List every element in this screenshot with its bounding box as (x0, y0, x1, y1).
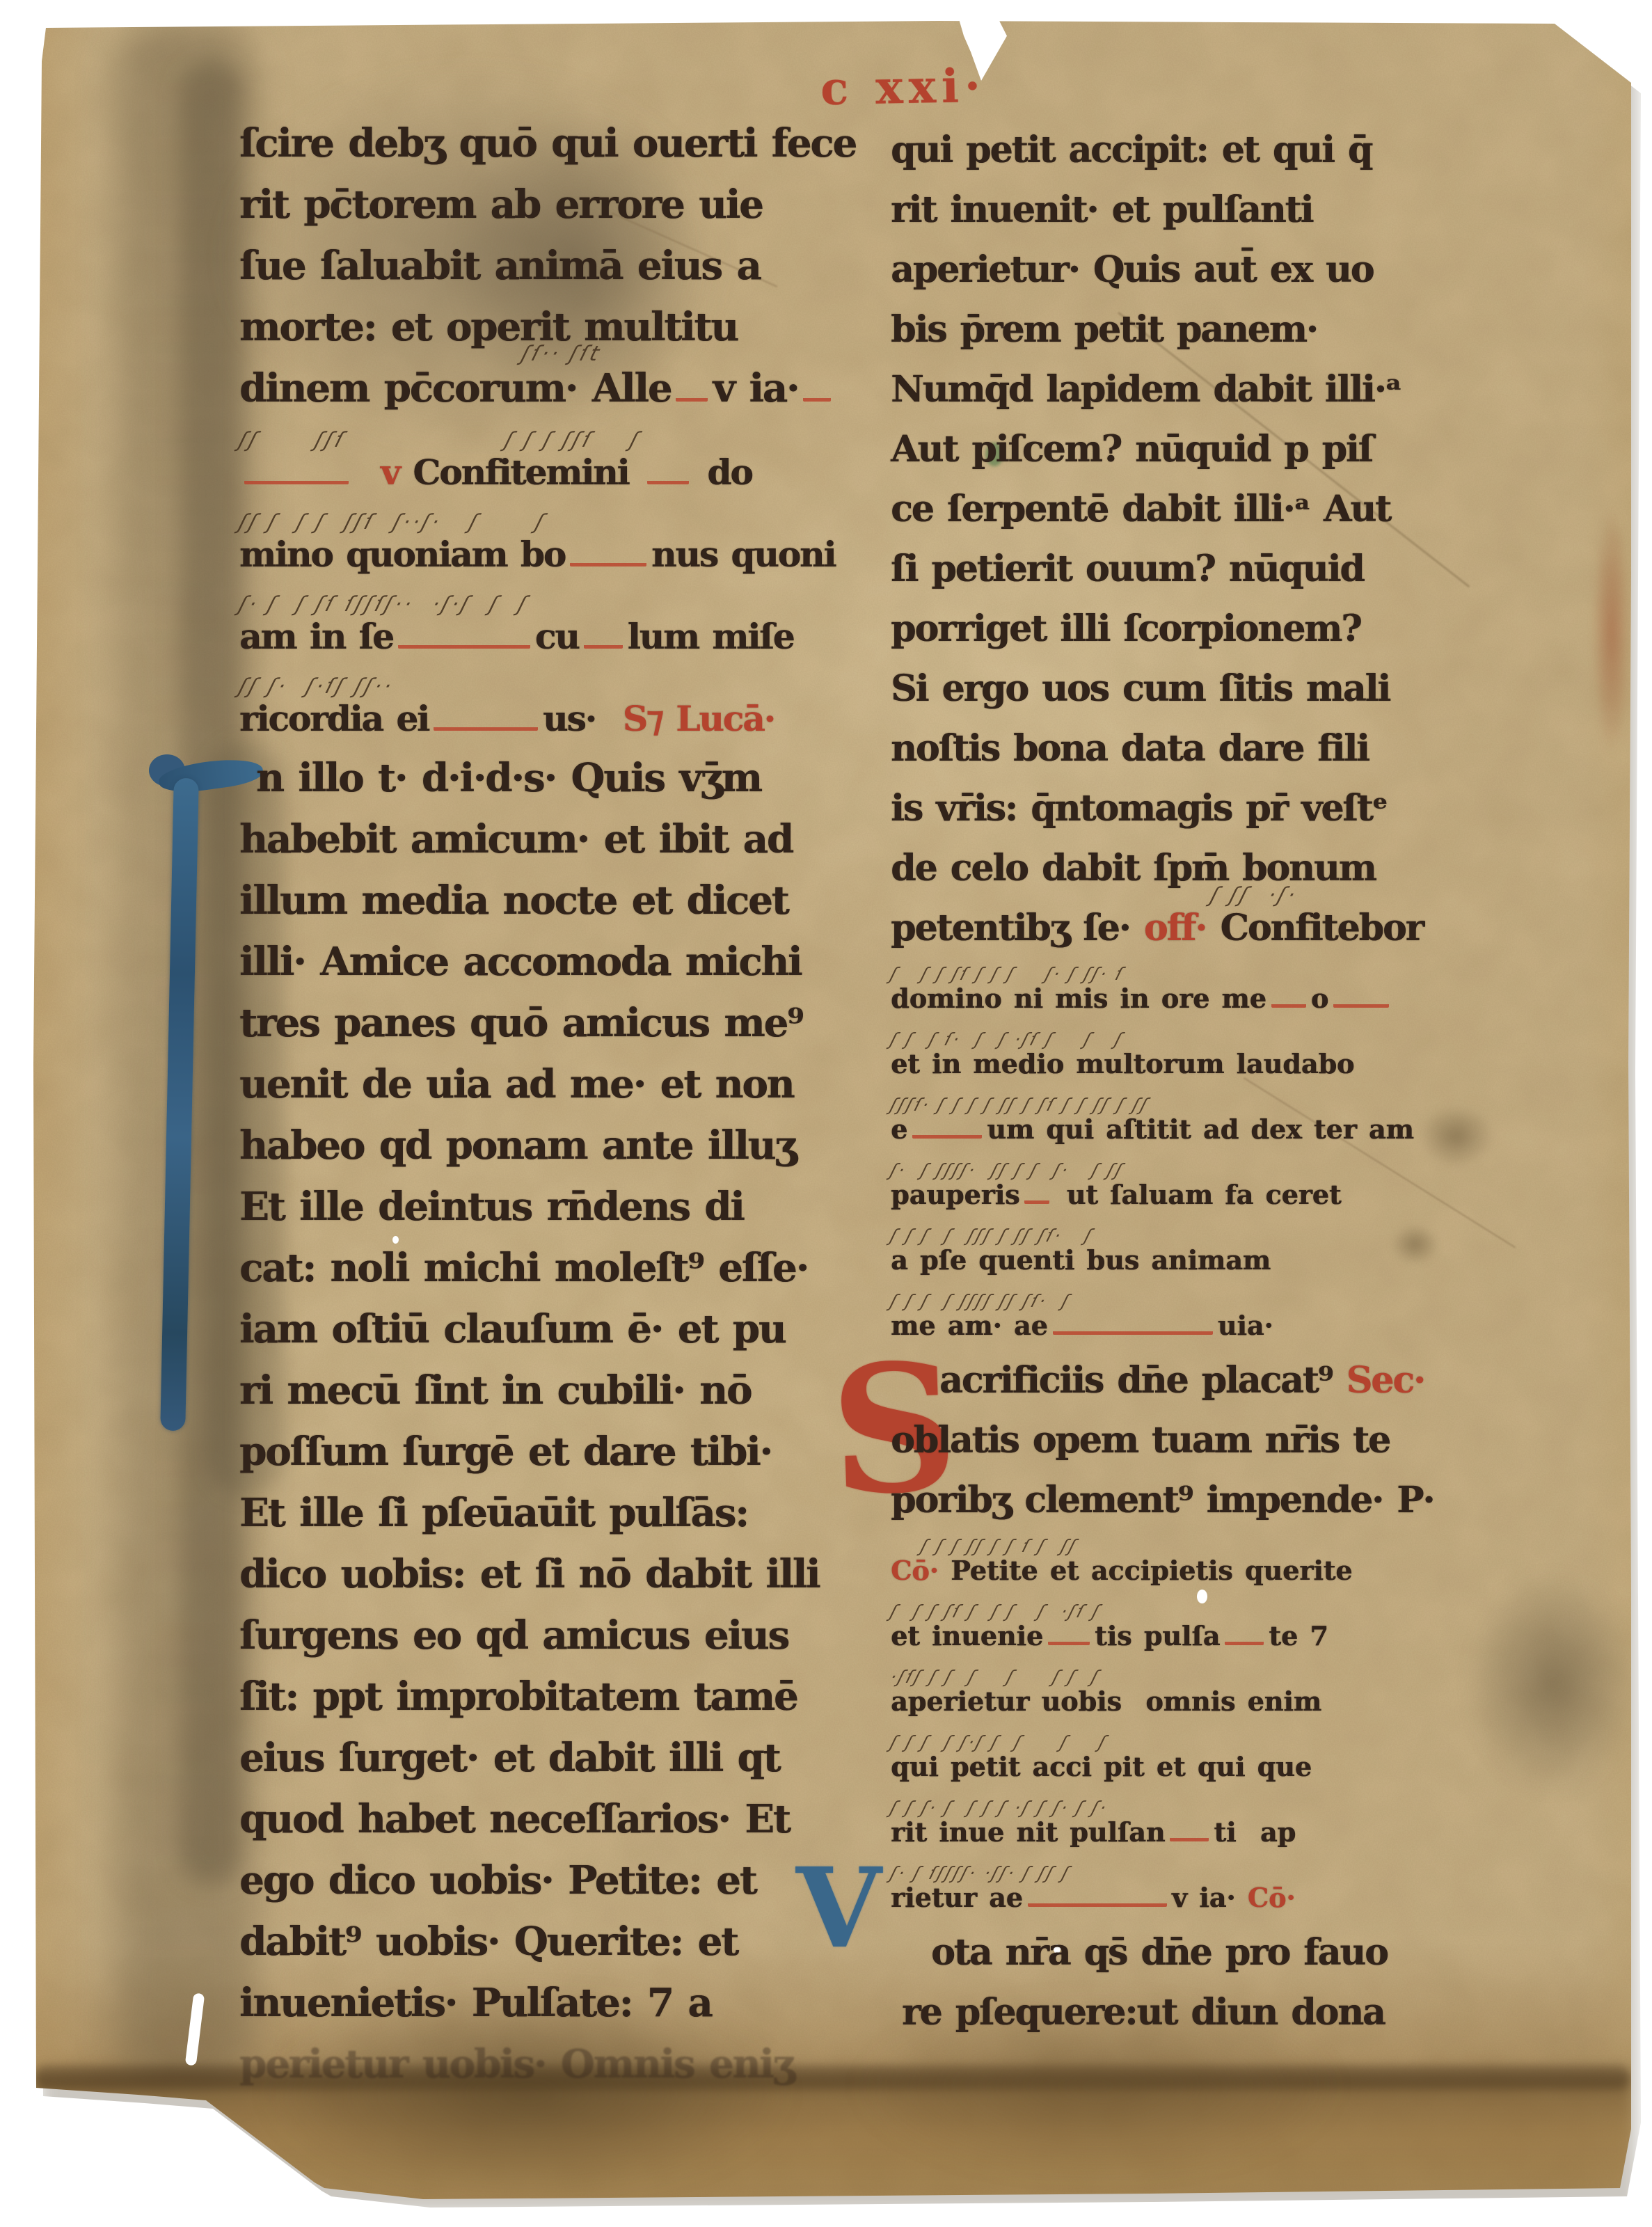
scan-background: c xxi· S V ſcire debʒ quō qui ouerti fec… (0, 0, 1652, 2227)
red-melisma-line (1024, 1186, 1049, 1204)
line-text: am in ſeculum miſe (239, 619, 866, 654)
body-text: Confitebor (1206, 907, 1423, 949)
body-text: Et ille ſi pſeūaūit pulſās: (239, 1490, 748, 1536)
body-text: Numq̄d lapidem dabit illi·ᵃ (891, 368, 1401, 411)
body-text: ota nr̄a qs̄ dn̄e pro fauo (931, 1931, 1388, 1974)
body-text: rit pc̄torem ab errore uie (239, 182, 763, 228)
line-text: pauperis ut ſaluam fa ceret (891, 1182, 1631, 1208)
text-line: inuenietis· Pulſate: 7 a (239, 1961, 866, 2022)
bottom-soil-band (33, 2076, 1631, 2205)
red-melisma-line (1028, 1889, 1167, 1907)
line-text: domino ni mis in ore meo (891, 985, 1631, 1012)
text-line: perietur uobis· Omnis eniʒ (239, 2022, 866, 2084)
body-text: nus quoni (651, 534, 835, 575)
body-text: ego dico uobis· Petite: et (239, 1857, 756, 1903)
line-text: Numq̄d lapidem dabit illi·ᵃ (891, 372, 1631, 408)
body-text: Si ergo uos cum ſitis mali (891, 667, 1390, 710)
body-text: illum media nocte et dicet (239, 878, 788, 924)
line-text: aperietur· Quis aut̄ ex uo (891, 252, 1631, 288)
neume-row: ʃʃ ʃ· ʃ·ſʃ ʃʃ·· (237, 676, 869, 697)
text-line: Et ille ſi pſeūaūit pulſās: (239, 1471, 866, 1532)
red-melisma-line (912, 1120, 982, 1139)
line-text: Cō· Petite et accipietis querite (891, 1558, 1631, 1584)
neume-row: ʃʃ ʃ ʃ ʃ ʃʃſ ʃ··ʃ· ʃ ʃ (237, 512, 869, 533)
text-line: ſit: ppt improbitatem tamē (239, 1655, 866, 1716)
body-text: is vr̄is: q̄ntomagis pr̄ veſtᵉ (891, 787, 1387, 830)
neume-row: ʃ· ʃ ſʃʃʃʃ· ·ʃʃ· ʃ ʃʃ ʃ (888, 1864, 1631, 1882)
red-melisma-line (1271, 990, 1306, 1008)
text-line: poribʒ clement⁹ impende· P· (891, 1459, 1631, 1519)
neume-row: ʃ ʃʃ ·ʃ· (888, 885, 1631, 906)
red-melisma-line (1170, 1823, 1209, 1841)
text-line: porriget illi ſcorpionem? (891, 587, 1631, 647)
body-text: Et ille deintus rn̄dens di (239, 1184, 744, 1230)
body-text: petentibʒ ſe· (891, 907, 1144, 949)
body-text: poribʒ clement⁹ impende· P· (891, 1479, 1433, 1521)
text-line: bis p̄rem petit panem· (891, 288, 1631, 348)
body-text: o (1311, 983, 1328, 1014)
initial-i-knob (149, 754, 185, 786)
body-text: et in medio multorum laudabo (891, 1048, 1354, 1079)
text-line: ʃ ʃ ʃ ʃʃ ʃ ʃ ſ ʃ ʃʃCō· Petite et accipie… (891, 1519, 1631, 1584)
text-line: ſurgens eo qd amicus eius (239, 1594, 866, 1655)
red-melisma-line (244, 462, 349, 485)
body-text: aperietur uobis omnis enim (891, 1686, 1321, 1717)
text-line: ce ſerpentē dabit illi·ᵃ Aut (891, 468, 1631, 528)
line-text: poribʒ clement⁹ impende· P· (891, 1482, 1631, 1519)
body-text: qui petit acci pit et qui que (891, 1751, 1312, 1782)
line-text: rietur aev ia· Cō· (891, 1885, 1631, 1911)
body-text: do (694, 452, 752, 493)
red-melisma-line (803, 377, 831, 402)
text-line: ota nr̄a qs̄ dn̄e pro fauo (891, 1911, 1631, 1971)
body-text: lum miſe (628, 616, 794, 657)
line-text: ſi petierit ouum? nūquid (891, 551, 1631, 587)
body-text: uia· (1218, 1310, 1273, 1341)
neume-row: ʃʃʃſ· ʃ ʃ ʃ ʃ ʃʃ ʃ ʃſ ʃ ʃ ʃʃ ʃ ʃʃ (888, 1096, 1631, 1113)
body-text: cat: noli michi moleſt⁹ eſſe· (239, 1245, 808, 1291)
red-melisma-line (584, 626, 623, 649)
body-text: ti ap (1214, 1816, 1296, 1848)
line-text: is vr̄is: q̄ntomagis pr̄ veſtᵉ (891, 791, 1631, 827)
body-text: cu (535, 616, 579, 657)
neume-row: ʃſ·· ʃſt (237, 344, 869, 365)
line-text: dico uobis: et ſi nō dabit illi (239, 1555, 866, 1594)
body-text: habebit amicum· et ibit ad (239, 816, 793, 862)
body-text: um qui aſtitit ad dex ter am (987, 1113, 1414, 1145)
line-text: eum qui aſtitit ad dex ter am (891, 1116, 1631, 1143)
text-line: quod habet neceſſarios· Et (239, 1777, 866, 1839)
line-text: oblatis opem tuam nr̄is te (891, 1422, 1631, 1459)
line-text: v Confitemini do (239, 455, 866, 490)
text-line: de celo dabit ſpm̄ bonum (891, 827, 1631, 887)
text-line: ʃ· ʃ ſʃʃʃʃ· ·ʃʃ· ʃ ʃʃ ʃrietur aev ia· Cō… (891, 1846, 1631, 1911)
body-text: poſſum ſurgē et dare tibi· (239, 1429, 772, 1475)
neume-row: ʃ ʃ ʃ ʃſ ʃ ʃ ʃ ʃ ·ʃſ ʃ (888, 1603, 1631, 1620)
body-text: inuenietis· Pulſate: 7 a (239, 1980, 712, 2026)
body-text: Alle (592, 365, 672, 411)
text-line: ʃ ʃ ʃ ſ· ʃ ʃ ·ʃſ ʃ ʃ ʃet in medio multor… (891, 1012, 1631, 1077)
body-text: ſue ſaluabit animā eius a (239, 243, 761, 289)
line-text: rit pc̄torem ab errore uie (239, 185, 866, 224)
neume-row: ʃ ʃ ʃ ʃʃ ʃ ʃ ſ ʃ ʃʃ (888, 1537, 1631, 1555)
body-text: tis pulſa (1095, 1620, 1220, 1651)
line-text: aperietur uobis omnis enim (891, 1688, 1631, 1715)
text-line: Aut piſcem? nūquid p piſ (891, 408, 1631, 468)
neume-row: ʃ· ʃ ʃʃʃʃ· ʃʃ ʃ ʃ ʃ· ʃ ʃʃ (888, 1162, 1631, 1179)
text-line: habeo qd ponam ante illuʒ (239, 1104, 866, 1165)
text-line: morte: et operit multitu (239, 285, 866, 347)
body-text: a pſe quenti bus animam (891, 1244, 1271, 1276)
text-column-left: ſcire debʒ quō qui ouerti fecerit pc̄tor… (239, 102, 866, 2084)
text-line: ʃ ʃ ʃ ʃ ʃ·ʃ ʃ ʃ ʃ ʃqui petit acci pit et… (891, 1715, 1631, 1780)
body-text: uenit de uia ad me· et non (239, 1061, 793, 1107)
red-melisma-line (398, 626, 530, 649)
text-line: is vr̄is: q̄ntomagis pr̄ veſtᵉ (891, 767, 1631, 827)
line-text: Et ille ſi pſeūaūit pulſās: (239, 1493, 866, 1532)
body-text: iam oſtiū clauſum ē· et pu (239, 1306, 786, 1352)
text-line: cat: noli michi moleſt⁹ eſſe· (239, 1226, 866, 1287)
text-line: ʃ ʃ ʃ ʃ ʃʃʃʃ ʃʃ ʃſ· ʃme am· aeuia· (891, 1274, 1631, 1339)
text-line: ʃ ʃ ʃ ʃ ʃʃʃ ʃ ʃʃ ʃſ· ʃa pſe quenti bus a… (891, 1208, 1631, 1274)
line-text: Et ille deintus rn̄dens di (239, 1187, 866, 1226)
line-text: ri mecū ſint in cubili· nō (239, 1371, 866, 1410)
body-text: oblatis opem tuam nr̄is te (891, 1419, 1390, 1461)
rubric-text: Cō· (891, 1555, 951, 1586)
line-text: ota nr̄a qs̄ dn̄e pro fauo (931, 1935, 1631, 1971)
body-text: ſurgens eo qd amicus eius (239, 1612, 788, 1658)
red-melisma-line (1053, 1317, 1213, 1335)
rubric-text: v (381, 452, 413, 493)
line-text: perietur uobis· Omnis eniʒ (239, 2045, 866, 2084)
text-line: ri mecū ſint in cubili· nō (239, 1349, 866, 1410)
line-text: tres panes quō amicus me⁹ (239, 1004, 866, 1043)
body-text: dinem pc̄corum· (239, 365, 592, 411)
red-melisma-line (1225, 1627, 1264, 1645)
body-text: qui petit accipit: et qui q̄ (891, 129, 1372, 171)
line-text: noſtis bona data dare fili (891, 731, 1631, 767)
neume-row: ʃ ʃ ʃ ʃſ ʃ ʃ ʃ ʃ· ʃ ʃʃ· ſ (888, 965, 1631, 983)
text-line: illi· Amice accomoda michi (239, 920, 866, 981)
text-line: eius ſurget· et dabit illi qt (239, 1716, 866, 1777)
body-text: v ia· (713, 365, 798, 411)
text-line: rit pc̄torem ab errore uie (239, 163, 866, 224)
initial-i-stem (160, 778, 199, 1432)
body-text (354, 452, 381, 493)
red-melisma-line (647, 462, 689, 485)
body-text: mino quoniam bo (239, 534, 565, 575)
binding-stain-streak (180, 61, 242, 1885)
body-text: habeo qd ponam ante illuʒ (239, 1123, 795, 1168)
text-line: acrificiis dn̄e placat⁹ Sec· (891, 1339, 1631, 1399)
body-text: ſit: ppt improbitatem tamē (239, 1674, 797, 1720)
body-text: me am· ae (891, 1310, 1048, 1341)
line-text: dinem pc̄corum· Allev ia· (239, 369, 866, 408)
line-text: ſit: ppt improbitatem tamē (239, 1677, 866, 1716)
body-text: te 7 (1269, 1620, 1328, 1651)
text-line: Numq̄d lapidem dabit illi·ᵃ (891, 348, 1631, 408)
body-text: pauperis (891, 1179, 1019, 1210)
body-text: ce ſerpentē dabit illi·ᵃ Aut (891, 488, 1390, 530)
line-text: Si ergo uos cum ſitis mali (891, 671, 1631, 707)
line-text: rit inue nit pulſanti ap (891, 1819, 1631, 1846)
text-line: n illo t· d·i·d·s· Quis vʒ̄m (239, 736, 866, 798)
line-text: et inuenietis pulſate 7 (891, 1623, 1631, 1649)
body-text: rit inuenit· et pulſanti (891, 189, 1312, 231)
line-text: ſcire debʒ quō qui ouerti fece (239, 124, 866, 163)
body-text: rit inue nit pulſan (891, 1816, 1165, 1848)
body-text: Aut piſcem? nūquid p piſ (891, 428, 1372, 470)
line-text: mino quoniam bonus quoni (239, 537, 866, 572)
red-melisma-line (1333, 990, 1389, 1008)
line-text: habeo qd ponam ante illuʒ (239, 1126, 866, 1165)
body-text: ri mecū ſint in cubili· nō (239, 1368, 751, 1413)
line-text: poſſum ſurgē et dare tibi· (239, 1432, 866, 1471)
text-line: oblatis opem tuam nr̄is te (891, 1399, 1631, 1459)
text-line: ʃ ʃ ʃ· ʃ ʃ ʃ ʃ ·ʃ ʃ ʃ· ʃ ʃ·rit inue nit … (891, 1780, 1631, 1846)
neume-row: ·ʃſʃ ʃ ʃ ʃ ʃ ʃ ʃ ʃ (888, 1668, 1631, 1686)
line-text: a pſe quenti bus animam (891, 1247, 1631, 1274)
text-line: ʃʃ ʃ· ʃ·ſʃ ʃʃ··ricordia eius· S⁊ Lucā· (239, 654, 866, 736)
text-line: ego dico uobis· Petite: et (239, 1839, 866, 1900)
body-text: aperietur· Quis aut̄ ex uo (891, 248, 1373, 291)
text-line: ſi petierit ouum? nūquid (891, 528, 1631, 587)
text-line: ʃ ʃ ʃ ʃſ ʃ ʃ ʃ ʃ· ʃ ʃʃ· ſdomino ni mis i… (891, 946, 1631, 1012)
text-line: uenit de uia ad me· et non (239, 1043, 866, 1104)
text-column-right: qui petit accipit: et qui q̄rit inuenit·… (891, 109, 1631, 2031)
body-text: tres panes quō amicus me⁹ (239, 1000, 803, 1046)
text-line: ʃʃ ʃʃſ ʃ ʃ ʃ ʃʃſ ʃ v Confitemini do (239, 408, 866, 490)
line-text: ſurgens eo qd amicus eius (239, 1616, 866, 1655)
body-text: illi· Amice accomoda michi (239, 939, 801, 985)
text-line: illum media nocte et dicet (239, 859, 866, 920)
neume-row: ʃʃ ʃʃſ ʃ ʃ ʃ ʃʃſ ʃ (237, 430, 869, 451)
body-text: dico uobis: et ſi nō dabit illi (239, 1551, 819, 1597)
body-text: acrificiis dn̄e placat⁹ (939, 1359, 1347, 1402)
red-melisma-line (434, 708, 538, 731)
line-text: cat: noli michi moleſt⁹ eſſe· (239, 1249, 866, 1287)
body-text: perietur uobis· Omnis eniʒ (239, 2041, 793, 2087)
body-text: Confitemini (413, 452, 642, 493)
line-text: n illo t· d·i·d·s· Quis vʒ̄m (256, 759, 866, 798)
line-text: ce ſerpentē dabit illi·ᵃ Aut (891, 491, 1631, 528)
line-text: morte: et operit multitu (239, 308, 866, 347)
line-text: illum media nocte et dicet (239, 881, 866, 920)
rubric-text: S⁊ Lucā· (623, 698, 775, 739)
body-text: ricordia ei (239, 698, 429, 739)
line-text: bis p̄rem petit panem· (891, 312, 1631, 348)
line-text: qui petit acci pit et qui que (891, 1754, 1631, 1780)
body-text: et inuenie (891, 1620, 1043, 1651)
red-melisma-line (570, 544, 646, 567)
body-text: bis p̄rem petit panem· (891, 308, 1317, 351)
line-text: dabit⁹ uobis· Querite: et (239, 1922, 866, 1961)
body-text: domino ni mis in ore me (891, 983, 1266, 1014)
neume-row: ʃ· ʃ ʃ ʃſ ſʃʃſʃ·· ·ʃ·ʃ ʃ ʃ (237, 594, 869, 615)
body-text: re pſequere:ut diun dona (902, 1991, 1385, 2034)
red-melisma-line (676, 377, 708, 402)
line-text: ſue ſaluabit animā eius a (239, 246, 866, 285)
line-text: de celo dabit ſpm̄ bonum (891, 850, 1631, 887)
parchment-slit (185, 1992, 205, 2066)
text-line: ſue ſaluabit animā eius a (239, 224, 866, 285)
text-line: Et ille deintus rn̄dens di (239, 1165, 866, 1226)
text-line: ʃʃʃſ· ʃ ʃ ʃ ʃ ʃʃ ʃ ʃſ ʃ ʃ ʃʃ ʃ ʃʃeum qui… (891, 1077, 1631, 1143)
neume-row: ʃ ʃ ʃ ʃ ʃʃʃ ʃ ʃʃ ʃſ· ʃ (888, 1227, 1631, 1244)
text-line: tres panes quō amicus me⁹ (239, 981, 866, 1043)
body-text: am in ſe (239, 616, 393, 657)
binding-stain-band (116, 19, 255, 2093)
text-line: ſcire debʒ quō qui ouerti fece (239, 102, 866, 163)
line-text: me am· aeuia· (891, 1313, 1631, 1339)
text-line: rit inuenit· et pulſanti (891, 168, 1631, 228)
line-text: et in medio multorum laudabo (891, 1051, 1631, 1077)
neume-row: ʃ ʃ ʃ ſ· ʃ ʃ ·ʃſ ʃ ʃ ʃ (888, 1031, 1631, 1048)
body-text: n illo t· d·i·d·s· Quis vʒ̄m (256, 755, 761, 801)
line-text: acrificiis dn̄e placat⁹ Sec· (939, 1363, 1631, 1399)
body-text: e (891, 1113, 907, 1145)
neume-row: ʃ ʃ ʃ ʃ ʃʃʃʃ ʃʃ ʃſ· ʃ (888, 1292, 1631, 1310)
rubric-text: Sec· (1347, 1359, 1424, 1402)
line-text: habebit amicum· et ibit ad (239, 820, 866, 859)
body-text: v ia· (1172, 1882, 1248, 1913)
text-line: dico uobis: et ſi nō dabit illi (239, 1532, 866, 1594)
neume-row: ʃ ʃ ʃ· ʃ ʃ ʃ ʃ ·ʃ ʃ ʃ· ʃ ʃ· (888, 1799, 1631, 1816)
body-text: dabit⁹ uobis· Querite: et (239, 1919, 738, 1965)
red-melisma-line (1048, 1627, 1090, 1645)
body-text: noſtis bona data dare fili (891, 727, 1369, 770)
line-text: qui petit accipit: et qui q̄ (891, 132, 1631, 168)
text-line: aperietur· Quis aut̄ ex uo (891, 228, 1631, 288)
line-text: inuenietis· Pulſate: 7 a (239, 1983, 866, 2022)
text-line: Si ergo uos cum ſitis mali (891, 647, 1631, 707)
text-line: re pſequere:ut diun dona (891, 1971, 1631, 2031)
line-text: ego dico uobis· Petite: et (239, 1861, 866, 1900)
body-text: eius ſurget· et dabit illi qt (239, 1735, 779, 1781)
line-text: eius ſurget· et dabit illi qt (239, 1738, 866, 1777)
body-text: quod habet neceſſarios· Et (239, 1796, 790, 1842)
line-text: Aut piſcem? nūquid p piſ (891, 431, 1631, 468)
text-line: qui petit accipit: et qui q̄ (891, 109, 1631, 168)
body-text: ut ſaluam fa ceret (1054, 1179, 1341, 1210)
line-text: illi· Amice accomoda michi (239, 942, 866, 981)
text-line: iam oſtiū clauſum ē· et pu (239, 1287, 866, 1349)
body-text: Petite et accipietis querite (951, 1555, 1352, 1586)
rubric-text: off· (1144, 907, 1207, 949)
rubric-text: Cō· (1248, 1882, 1296, 1913)
line-text: re pſequere:ut diun dona (902, 1995, 1631, 2031)
text-line: noſtis bona data dare fili (891, 707, 1631, 767)
neume-row: ʃ ʃ ʃ ʃ ʃ·ʃ ʃ ʃ ʃ ʃ (888, 1734, 1631, 1751)
line-text: iam oſtiū clauſum ē· et pu (239, 1310, 866, 1349)
text-line: ʃ ʃ ʃ ʃſ ʃ ʃ ʃ ʃ ·ʃſ ʃet inuenietis pulſ… (891, 1584, 1631, 1649)
line-text: quod habet neceſſarios· Et (239, 1800, 866, 1839)
text-line: ·ʃſʃ ʃ ʃ ʃ ʃ ʃ ʃ ʃaperietur uobis omnis … (891, 1649, 1631, 1715)
text-line: ʃʃ ʃ ʃ ʃ ʃʃſ ʃ··ʃ· ʃ ʃmino quoniam bonus… (239, 490, 866, 572)
manuscript-leaf: c xxi· S V ſcire debʒ quō qui ouerti fec… (33, 19, 1631, 2205)
text-line: ʃſ·· ʃſtdinem pc̄corum· Allev ia· (239, 347, 866, 408)
line-text: uenit de uia ad me· et non (239, 1065, 866, 1104)
body-text: ſi petierit ouum? nūquid (891, 548, 1364, 590)
body-text: us· (543, 698, 623, 739)
line-text: rit inuenit· et pulſanti (891, 192, 1631, 228)
text-line: poſſum ſurgē et dare tibi· (239, 1410, 866, 1471)
text-line: ʃ· ʃ ʃʃʃʃ· ʃʃ ʃ ʃ ʃ· ʃ ʃʃpauperis ut ſal… (891, 1143, 1631, 1208)
line-text: petentibʒ ſe· off· Confitebor (891, 910, 1631, 946)
body-text: rietur ae (891, 1882, 1023, 1913)
line-text: ricordia eius· S⁊ Lucā· (239, 702, 866, 736)
body-text: porriget illi ſcorpionem? (891, 608, 1361, 650)
line-text: porriget illi ſcorpionem? (891, 611, 1631, 647)
text-line: habebit amicum· et ibit ad (239, 798, 866, 859)
body-text: ſcire debʒ quō qui ouerti fece (239, 120, 856, 166)
text-line: dabit⁹ uobis· Querite: et (239, 1900, 866, 1961)
text-line: ʃ ʃʃ ·ʃ·petentibʒ ſe· off· Confitebor (891, 887, 1631, 946)
text-line: ʃ· ʃ ʃ ʃſ ſʃʃſʃ·· ·ʃ·ʃ ʃ ʃam in ſeculum … (239, 572, 866, 654)
